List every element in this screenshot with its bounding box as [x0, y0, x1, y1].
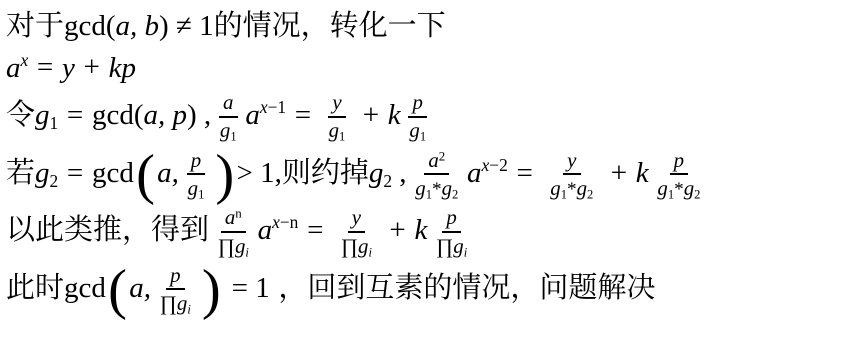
equals-operator: =	[516, 157, 532, 189]
asterisk-operator: *	[567, 179, 577, 200]
math-var: g	[409, 118, 419, 142]
fraction: a2g1*g2	[411, 148, 462, 203]
plus-operator: +	[611, 157, 627, 189]
math-var: a	[258, 214, 273, 246]
math-var: y	[332, 90, 341, 114]
subscript: 1	[420, 130, 426, 144]
math-relation: > 1,	[236, 157, 281, 189]
numerator: an	[221, 205, 246, 232]
math-var: k	[636, 157, 649, 189]
subscript: 2	[50, 171, 59, 191]
math-var: a	[245, 99, 260, 131]
subscript: 1	[50, 113, 59, 133]
denominator: g1*g2	[653, 175, 704, 202]
math-var: g	[35, 99, 50, 131]
cjk-text: ，回到互素的情况，问题解决	[278, 272, 655, 304]
math-var: g	[358, 234, 368, 258]
math-var: p	[413, 90, 423, 114]
math-var: k	[414, 214, 427, 246]
big-paren-right: )	[215, 144, 234, 206]
math-var: g	[415, 176, 425, 200]
math-var: p	[170, 263, 180, 287]
superscript: x	[272, 212, 280, 232]
numerator: y	[348, 205, 366, 232]
math-var: a	[6, 51, 21, 83]
math-var: g	[188, 176, 198, 200]
math-notes-document: 对于gcd(a, b) ≠ 1的情况，转化一下 ax=y+kp 令g1=gcd(…	[0, 0, 858, 325]
fraction: p∏gi	[156, 263, 195, 318]
math-var: a, p	[143, 99, 187, 131]
math-punctuation: ) ,	[187, 99, 211, 131]
math-var: g	[577, 176, 587, 200]
math-var: kp	[109, 51, 136, 83]
math-var: g	[550, 176, 560, 200]
subscript: 1	[339, 130, 345, 144]
asterisk-operator: *	[674, 179, 684, 200]
superscript: −n	[280, 212, 299, 232]
numerator: p	[187, 148, 206, 175]
math-var: g	[35, 157, 50, 189]
denominator: ∏gi	[156, 290, 195, 317]
cjk-text: 的情况，转化一下	[214, 10, 446, 42]
superscript: 2	[439, 148, 445, 163]
math-var: k	[388, 99, 401, 131]
denominator: g1	[216, 118, 241, 145]
math-var: a	[467, 157, 482, 189]
numerator: y	[328, 90, 346, 117]
big-paren-left: (	[108, 259, 127, 321]
subscript: i	[245, 245, 248, 259]
denominator: g1*g2	[411, 175, 462, 202]
equals-operator: =	[67, 99, 83, 131]
superscript: x	[260, 97, 268, 117]
math-var: g	[235, 234, 245, 258]
math-punctuation: ,	[392, 157, 407, 189]
math-relation: ) ≠ 1	[159, 10, 214, 42]
equals-operator: =	[295, 99, 311, 131]
subscript: i	[187, 303, 190, 317]
superscript: −1	[268, 97, 287, 117]
gcd-function: gcd(	[92, 99, 144, 131]
math-var: a	[428, 148, 438, 172]
denominator: g1	[324, 118, 349, 145]
denominator: ∏gi	[337, 233, 376, 260]
gcd-function: gcd(	[64, 10, 116, 42]
math-var: g	[442, 176, 452, 200]
product-symbol: ∏	[436, 234, 453, 258]
asterisk-operator: *	[432, 179, 442, 200]
cjk-text: 则约掉	[282, 157, 369, 189]
numerator: y	[563, 148, 581, 175]
denominator: g1	[184, 175, 209, 202]
math-var: y	[62, 51, 75, 83]
fraction: pg1	[184, 148, 209, 203]
subscript: 2	[587, 188, 593, 202]
denominator: ∏gi	[432, 233, 471, 260]
math-var: g	[453, 234, 463, 258]
line-2: ax=y+kp	[6, 49, 852, 87]
denominator: ∏gi	[214, 233, 253, 260]
equals-operator: =	[67, 157, 83, 189]
math-var: g	[177, 291, 187, 315]
math-var: a	[225, 205, 235, 229]
plus-operator: +	[389, 214, 405, 246]
math-var: a	[223, 90, 233, 114]
cjk-text: 对于	[6, 10, 64, 42]
line-3: 令g1=gcd(a, p) ,ag1ax−1=yg1+kpg1	[6, 90, 852, 145]
subscript: 2	[383, 171, 392, 191]
line-6: 此时gcd(a,p∏gi)= 1，回到互素的情况，问题解决	[6, 263, 852, 318]
numerator: p	[166, 263, 185, 290]
math-var: p	[674, 148, 684, 172]
cjk-text: 此时	[6, 272, 64, 304]
math-var: g	[657, 176, 667, 200]
superscript: x	[21, 50, 29, 70]
subscript: 1	[230, 130, 236, 144]
math-var: y	[567, 148, 576, 172]
math-var: p	[446, 205, 456, 229]
product-symbol: ∏	[218, 234, 235, 258]
numerator: p	[442, 205, 461, 232]
fraction: p∏gi	[432, 205, 471, 260]
math-var: g	[220, 118, 230, 142]
subscript: i	[464, 245, 467, 259]
fraction: ag1	[216, 90, 241, 145]
math-var: g	[369, 157, 384, 189]
fraction: y∏gi	[337, 205, 376, 260]
math-var: g	[329, 118, 339, 142]
product-symbol: ∏	[341, 234, 358, 258]
fraction: pg1	[405, 90, 430, 145]
big-paren-left: (	[136, 144, 155, 206]
fraction: yg1	[324, 90, 349, 145]
subscript: 2	[694, 188, 700, 202]
numerator: a	[219, 90, 238, 117]
plus-operator: +	[84, 51, 100, 83]
subscript: 2	[452, 188, 458, 202]
gcd-function: gcd	[64, 272, 106, 304]
line-4: 若g2=gcd(a,pg1)> 1,则约掉g2 ,a2g1*g2ax−2=yg1…	[6, 148, 852, 203]
subscript: 1	[198, 188, 204, 202]
numerator: p	[670, 148, 689, 175]
product-symbol: ∏	[160, 291, 177, 315]
denominator: g1*g2	[546, 175, 597, 202]
math-var: a,	[129, 272, 151, 304]
cjk-text: 若	[6, 157, 35, 189]
math-var: y	[352, 205, 361, 229]
numerator: a2	[424, 148, 449, 175]
plus-operator: +	[363, 99, 379, 131]
fraction: yg1*g2	[546, 148, 597, 203]
math-var: g	[684, 176, 694, 200]
subscript: i	[368, 245, 371, 259]
math-var: a,	[157, 157, 179, 189]
denominator: g1	[405, 118, 430, 145]
equals-operator: =	[307, 214, 323, 246]
equals-operator: =	[37, 51, 53, 83]
gcd-function: gcd	[92, 157, 134, 189]
superscript: −2	[489, 155, 508, 175]
fraction: an∏gi	[214, 205, 253, 260]
cjk-text: 以此类推，得到	[6, 214, 209, 246]
math-var: a, b	[116, 10, 160, 42]
numerator: p	[408, 90, 427, 117]
math-var: p	[191, 148, 201, 172]
big-paren-right: )	[202, 259, 221, 321]
superscript: n	[235, 206, 241, 221]
cjk-text: 令	[6, 99, 35, 131]
fraction: pg1*g2	[653, 148, 704, 203]
line-1: 对于gcd(a, b) ≠ 1的情况，转化一下	[6, 8, 852, 46]
math-relation: = 1	[232, 272, 270, 304]
line-5: 以此类推，得到an∏giax−n=y∏gi+kp∏gi	[6, 205, 852, 260]
